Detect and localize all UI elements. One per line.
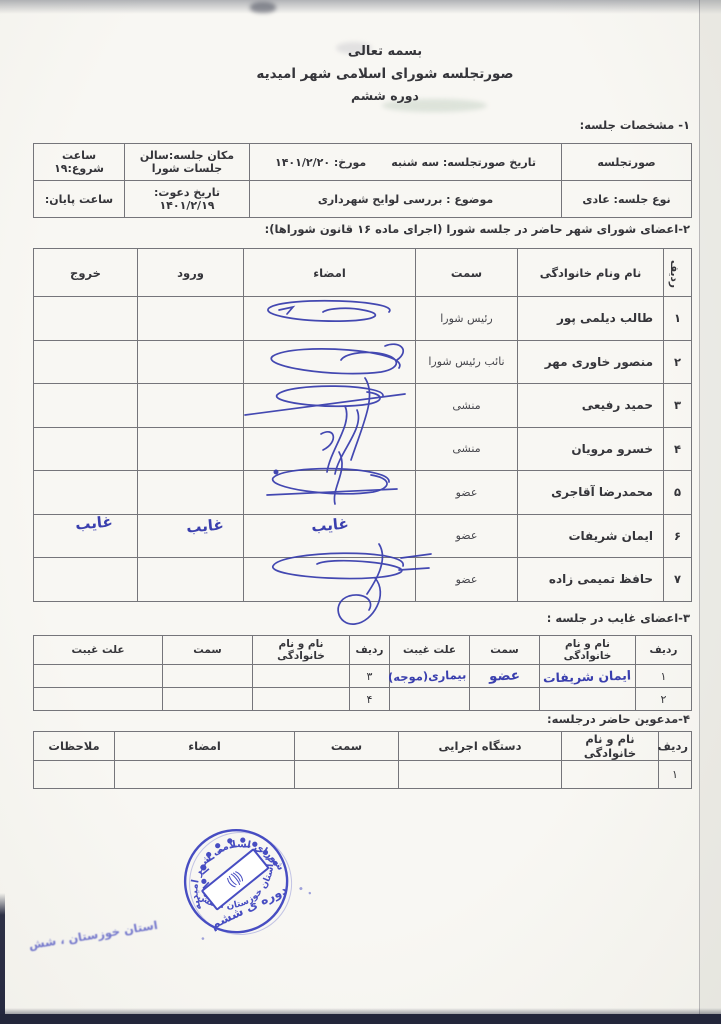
- member-exit-cell: [34, 427, 138, 471]
- meeting-date-label: تاریخ صورتجلسه: سه شنبه: [391, 156, 536, 169]
- absent-reason: [34, 688, 163, 711]
- row-header-rotated: ردیف: [668, 260, 680, 288]
- member-signature-cell: [244, 427, 416, 471]
- document-header: بسمه تعالی صورتجلسه شورای اسلامی شهر امی…: [185, 44, 585, 103]
- meeting-type: نوع جلسه: عادی: [562, 181, 692, 218]
- col-row-number: ردیف: [636, 636, 692, 665]
- member-exit-cell: [34, 471, 138, 515]
- invitee-signature: [115, 761, 295, 789]
- council-stamp: شورای اسلامی شهر امیدیه استان خوزستان ، …: [140, 808, 350, 1008]
- invitee-no: ۱: [659, 761, 692, 789]
- member-name: ایمان شریفات: [518, 514, 664, 558]
- col-name: نام و نام خانوادگی: [562, 732, 659, 761]
- col-row-number: ردیف: [664, 249, 692, 297]
- member-no: ۴: [664, 427, 692, 471]
- end-time: ساعت پایان:: [34, 181, 125, 218]
- member-row: ۴ خسرو مرویان منشی: [34, 427, 692, 471]
- absent-no: ۱: [636, 665, 692, 688]
- absent-reason: [390, 688, 470, 711]
- absent-role: [470, 688, 540, 711]
- present-members-header-row: ردیف نام ونام خانوادگی سمت امضاء ورود خر…: [34, 249, 692, 297]
- member-exit-cell: [34, 340, 138, 384]
- col-name: نام و نام خانوادگی: [253, 636, 350, 665]
- invitees-table: ردیف نام و نام خانوادگی دستگاه اجرایی سم…: [33, 731, 692, 789]
- member-entry-cell: [138, 471, 244, 515]
- member-no: ۳: [664, 384, 692, 428]
- stamp-ghost-text: استان خوزستان ، شش: [28, 918, 159, 952]
- col-reason: علت غیبت: [390, 636, 470, 665]
- absent-name-handwriting: ایمان شریفات: [543, 667, 632, 685]
- absent-role: [163, 665, 253, 688]
- member-signature-cell: [244, 471, 416, 515]
- col-reason: علت غیبت: [34, 636, 163, 665]
- member-name: خسرو مرویان: [518, 427, 664, 471]
- bismillah-line: بسمه تعالی: [185, 44, 585, 59]
- section-3-heading: ۳-اعضای غایب در جلسه :: [547, 611, 690, 625]
- member-role: نائب رئیس شورا: [416, 340, 518, 384]
- member-entry-cell: [138, 340, 244, 384]
- member-exit-cell: [34, 384, 138, 428]
- start-time: ساعت شروع:۱۹: [34, 144, 125, 181]
- member-name: حافظ تمیمی زاده: [518, 558, 664, 602]
- absent-name: ایمان شریفات: [540, 665, 636, 688]
- member-name: طالب دیلمی پور: [518, 297, 664, 341]
- scan-right-strip: [700, 0, 721, 1024]
- col-role: سمت: [163, 636, 253, 665]
- absent-row: ۲ ۴: [34, 688, 692, 711]
- col-notes: ملاحظات: [34, 732, 115, 761]
- col-role: سمت: [416, 249, 518, 297]
- col-exit: خروج: [34, 249, 138, 297]
- col-entry: ورود: [138, 249, 244, 297]
- absent-reason: [34, 665, 163, 688]
- meeting-info-table: صورتجلسه تاریخ صورتجلسه: سه شنبه مورخ: ۱…: [33, 143, 692, 218]
- member-role: عضو: [416, 558, 518, 602]
- col-row-number: ردیف: [350, 636, 390, 665]
- scan-smudge: [250, 2, 276, 13]
- member-entry-cell: [138, 427, 244, 471]
- member-signature-cell: [244, 297, 416, 341]
- col-name: نام و نام خانوادگی: [540, 636, 636, 665]
- col-role: سمت: [295, 732, 399, 761]
- member-entry-cell: [138, 297, 244, 341]
- meeting-subject: موضوع : بررسی لوایح شهرداری: [250, 181, 562, 218]
- col-signature: امضاء: [244, 249, 416, 297]
- invitee-role: [295, 761, 399, 789]
- member-exit-cell: [34, 297, 138, 341]
- member-role: منشی: [416, 427, 518, 471]
- absent-row: ۱ ایمان شریفات عضو بیماری(موجه) ۳: [34, 665, 692, 688]
- present-members-table: ردیف نام ونام خانوادگی سمت امضاء ورود خر…: [33, 248, 692, 602]
- absent-reason-handwriting: بیماری(موجه): [387, 668, 466, 685]
- member-row: ۳ حمید رفیعی منشی: [34, 384, 692, 428]
- member-role: منشی: [416, 384, 518, 428]
- absent-role: عضو: [470, 665, 540, 688]
- member-signature-cell: [244, 340, 416, 384]
- member-name: منصور خاوری مهر: [518, 340, 664, 384]
- invitee-row: ۱: [34, 761, 692, 789]
- absent-no: ۳: [350, 665, 390, 688]
- absent-reason: بیماری(موجه): [390, 665, 470, 688]
- meeting-info-row-2: نوع جلسه: عادی موضوع : بررسی لوایح شهردا…: [34, 181, 692, 218]
- member-role: عضو: [416, 471, 518, 515]
- member-signature-cell: [244, 384, 416, 428]
- member-row: ۵ محمدرضا آقاجری عضو: [34, 471, 692, 515]
- section-1-heading: ۱- مشخصات جلسه:: [580, 118, 690, 132]
- scan-left-edge: [0, 893, 5, 1015]
- meeting-date-cell: تاریخ صورتجلسه: سه شنبه مورخ: ۱۴۰۱/۲/۲۰: [250, 144, 562, 181]
- member-no: ۱: [664, 297, 692, 341]
- absent-name: [253, 665, 350, 688]
- absent-header-row: ردیف نام و نام خانوادگی سمت علت غیبت ردی…: [34, 636, 692, 665]
- absent-role: [163, 688, 253, 711]
- member-row: ۷ حافظ تمیمی زاده عضو: [34, 558, 692, 602]
- invitee-notes: [34, 761, 115, 789]
- member-name: محمدرضا آقاجری: [518, 471, 664, 515]
- member-name: حمید رفیعی: [518, 384, 664, 428]
- scan-top-shadow: [0, 0, 721, 14]
- member-role: عضو: [416, 514, 518, 558]
- member-entry-cell: [138, 384, 244, 428]
- term-line: دوره ششم: [185, 88, 585, 103]
- member-exit-cell: [34, 558, 138, 602]
- col-signature: امضاء: [115, 732, 295, 761]
- invitees-header-row: ردیف نام و نام خانوادگی دستگاه اجرایی سم…: [34, 732, 692, 761]
- col-row-number: ردیف: [659, 732, 692, 761]
- member-signature-cell: [244, 558, 416, 602]
- member-no: ۶: [664, 514, 692, 558]
- col-name: نام ونام خانوادگی: [518, 249, 664, 297]
- absent-role-handwriting: عضو: [489, 667, 521, 684]
- member-no: ۵: [664, 471, 692, 515]
- member-no: ۷: [664, 558, 692, 602]
- section-2-heading: ۲-اعضای شورای شهر حاضر در جلسه شورا (اجر…: [265, 222, 690, 236]
- scan-fold-line: [699, 0, 700, 1024]
- scan-bottom-edge: [0, 1014, 721, 1024]
- document-page: بسمه تعالی صورتجلسه شورای اسلامی شهر امی…: [0, 0, 721, 1024]
- absent-name: [253, 688, 350, 711]
- invite-date: تاریخ دعوت: ۱۴۰۱/۲/۱۹: [125, 181, 250, 218]
- member-no: ۲: [664, 340, 692, 384]
- absent-no: ۲: [636, 688, 692, 711]
- col-agency: دستگاه اجرایی: [399, 732, 562, 761]
- member-role: رئیس شورا: [416, 297, 518, 341]
- absent-no: ۴: [350, 688, 390, 711]
- meeting-location: مکان جلسه:سالن جلسات شورا: [125, 144, 250, 181]
- absent-members-table: ردیف نام و نام خانوادگی سمت علت غیبت ردی…: [33, 635, 692, 711]
- member-row: ۲ منصور خاوری مهر نائب رئیس شورا: [34, 340, 692, 384]
- member-entry-cell: [138, 558, 244, 602]
- col-role: سمت: [470, 636, 540, 665]
- invitee-name: [562, 761, 659, 789]
- report-label: صورتجلسه: [562, 144, 692, 181]
- section-4-heading: ۴-مدعوین حاضر درجلسه:: [547, 712, 690, 726]
- absent-name: [540, 688, 636, 711]
- member-row: ۱ طالب دیلمی پور رئیس شورا: [34, 297, 692, 341]
- document-title: صورتجلسه شورای اسلامی شهر امیدیه: [185, 66, 585, 82]
- meeting-info-row-1: صورتجلسه تاریخ صورتجلسه: سه شنبه مورخ: ۱…: [34, 144, 692, 181]
- invitee-agency: [399, 761, 562, 789]
- meeting-dated: مورخ: ۱۴۰۱/۲/۲۰: [275, 156, 366, 169]
